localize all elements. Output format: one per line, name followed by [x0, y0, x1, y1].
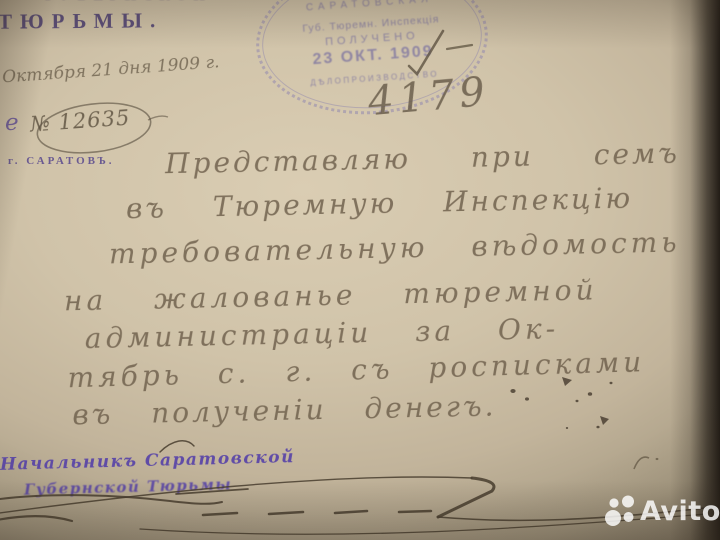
document-photo: ГУБЕРНСКОЙ ТЮРЬМЫ. Октября 21 дня 1909 г…	[0, 0, 720, 540]
avito-logo-icon	[602, 494, 637, 528]
handwritten-line-1: Представляю при семъ	[165, 136, 680, 180]
handwritten-line-4: на жалованье тюремной	[64, 273, 598, 317]
handwritten-line-7: въ полученіи денегъ.	[72, 389, 497, 431]
avito-watermark: Avito	[602, 494, 720, 528]
handwritten-line-3: требовательную вѣдомость	[109, 225, 681, 270]
handwritten-line-5: администраціи за Ок-	[84, 312, 559, 355]
avito-wordmark: Avito	[640, 496, 720, 527]
handwritten-line-2: въ Тюремную Инспекцію	[126, 181, 634, 225]
